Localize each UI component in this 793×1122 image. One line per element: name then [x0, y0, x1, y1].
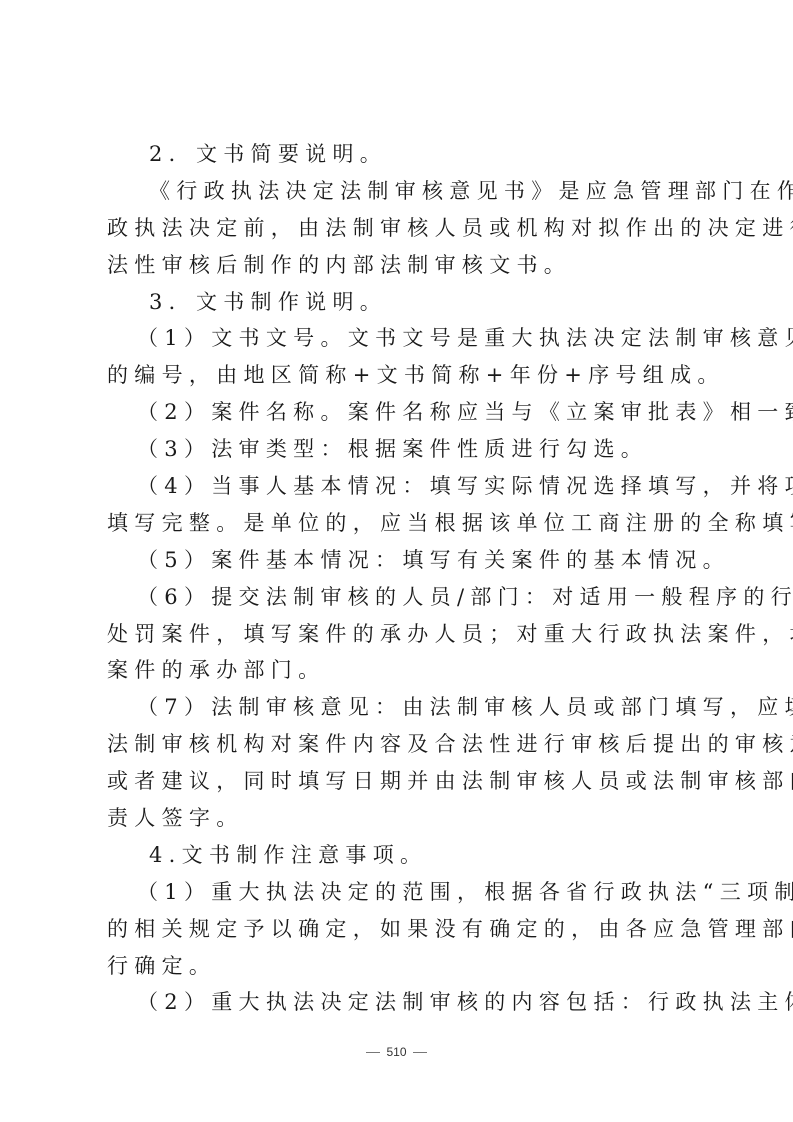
- paragraph-line: 法性审核后制作的内部法制审核文书。: [107, 247, 687, 284]
- footer-dash-right: [413, 1052, 427, 1053]
- paragraph-line: （2）重大执法决定法制审核的内容包括：行政执法主体是: [107, 984, 687, 1021]
- section-heading-3: 3．文书制作说明。: [107, 284, 687, 321]
- paragraph-line: 案件的承办部门。: [107, 652, 687, 689]
- paragraph-line: 的编号，由地区简称+文书简称+年份+序号组成。: [107, 357, 687, 394]
- paragraph-line: （3）法审类型：根据案件性质进行勾选。: [107, 431, 687, 468]
- paragraph-line: （5）案件基本情况：填写有关案件的基本情况。: [107, 542, 687, 579]
- paragraph-line: （7）法制审核意见：由法制审核人员或部门填写，应填写: [107, 689, 687, 726]
- paragraph-line: （6）提交法制审核的人员/部门：对适用一般程序的行政: [107, 579, 687, 616]
- document-page: 2．文书简要说明。 《行政执法决定法制审核意见书》是应急管理部门在作出行 政执法…: [0, 0, 793, 1122]
- paragraph-line: 处罚案件，填写案件的承办人员；对重大行政执法案件，填写: [107, 616, 687, 653]
- section-heading-2: 2．文书简要说明。: [107, 136, 687, 173]
- paragraph-line: 或者建议，同时填写日期并由法制审核人员或法制审核部门负: [107, 763, 687, 800]
- paragraph-line: （4）当事人基本情况：填写实际情况选择填写，并将项目: [107, 468, 687, 505]
- page-footer: 510: [0, 1045, 793, 1059]
- paragraph-line: （2）案件名称。案件名称应当与《立案审批表》相一致。: [107, 394, 687, 431]
- paragraph-line: （1）重大执法决定的范围，根据各省行政执法“三项制度”: [107, 874, 687, 911]
- document-body: 2．文书简要说明。 《行政执法决定法制审核意见书》是应急管理部门在作出行 政执法…: [107, 136, 687, 1021]
- paragraph-line: 填写完整。是单位的，应当根据该单位工商注册的全称填写。: [107, 505, 687, 542]
- paragraph-line: 《行政执法决定法制审核意见书》是应急管理部门在作出行: [107, 173, 687, 210]
- paragraph-line: 行确定。: [107, 948, 687, 985]
- paragraph-line: 的相关规定予以确定，如果没有确定的，由各应急管理部门自: [107, 911, 687, 948]
- paragraph-line: 法制审核机构对案件内容及合法性进行审核后提出的审核意见: [107, 726, 687, 763]
- section-heading-4: 4.文书制作注意事项。: [107, 837, 687, 874]
- paragraph-line: 责人签字。: [107, 800, 687, 837]
- footer-dash-left: [366, 1052, 380, 1053]
- paragraph-line: 政执法决定前，由法制审核人员或机构对拟作出的决定进行合: [107, 210, 687, 247]
- page-number: 510: [386, 1045, 406, 1059]
- paragraph-line: （1）文书文号。文书文号是重大执法决定法制审核意见书: [107, 320, 687, 357]
